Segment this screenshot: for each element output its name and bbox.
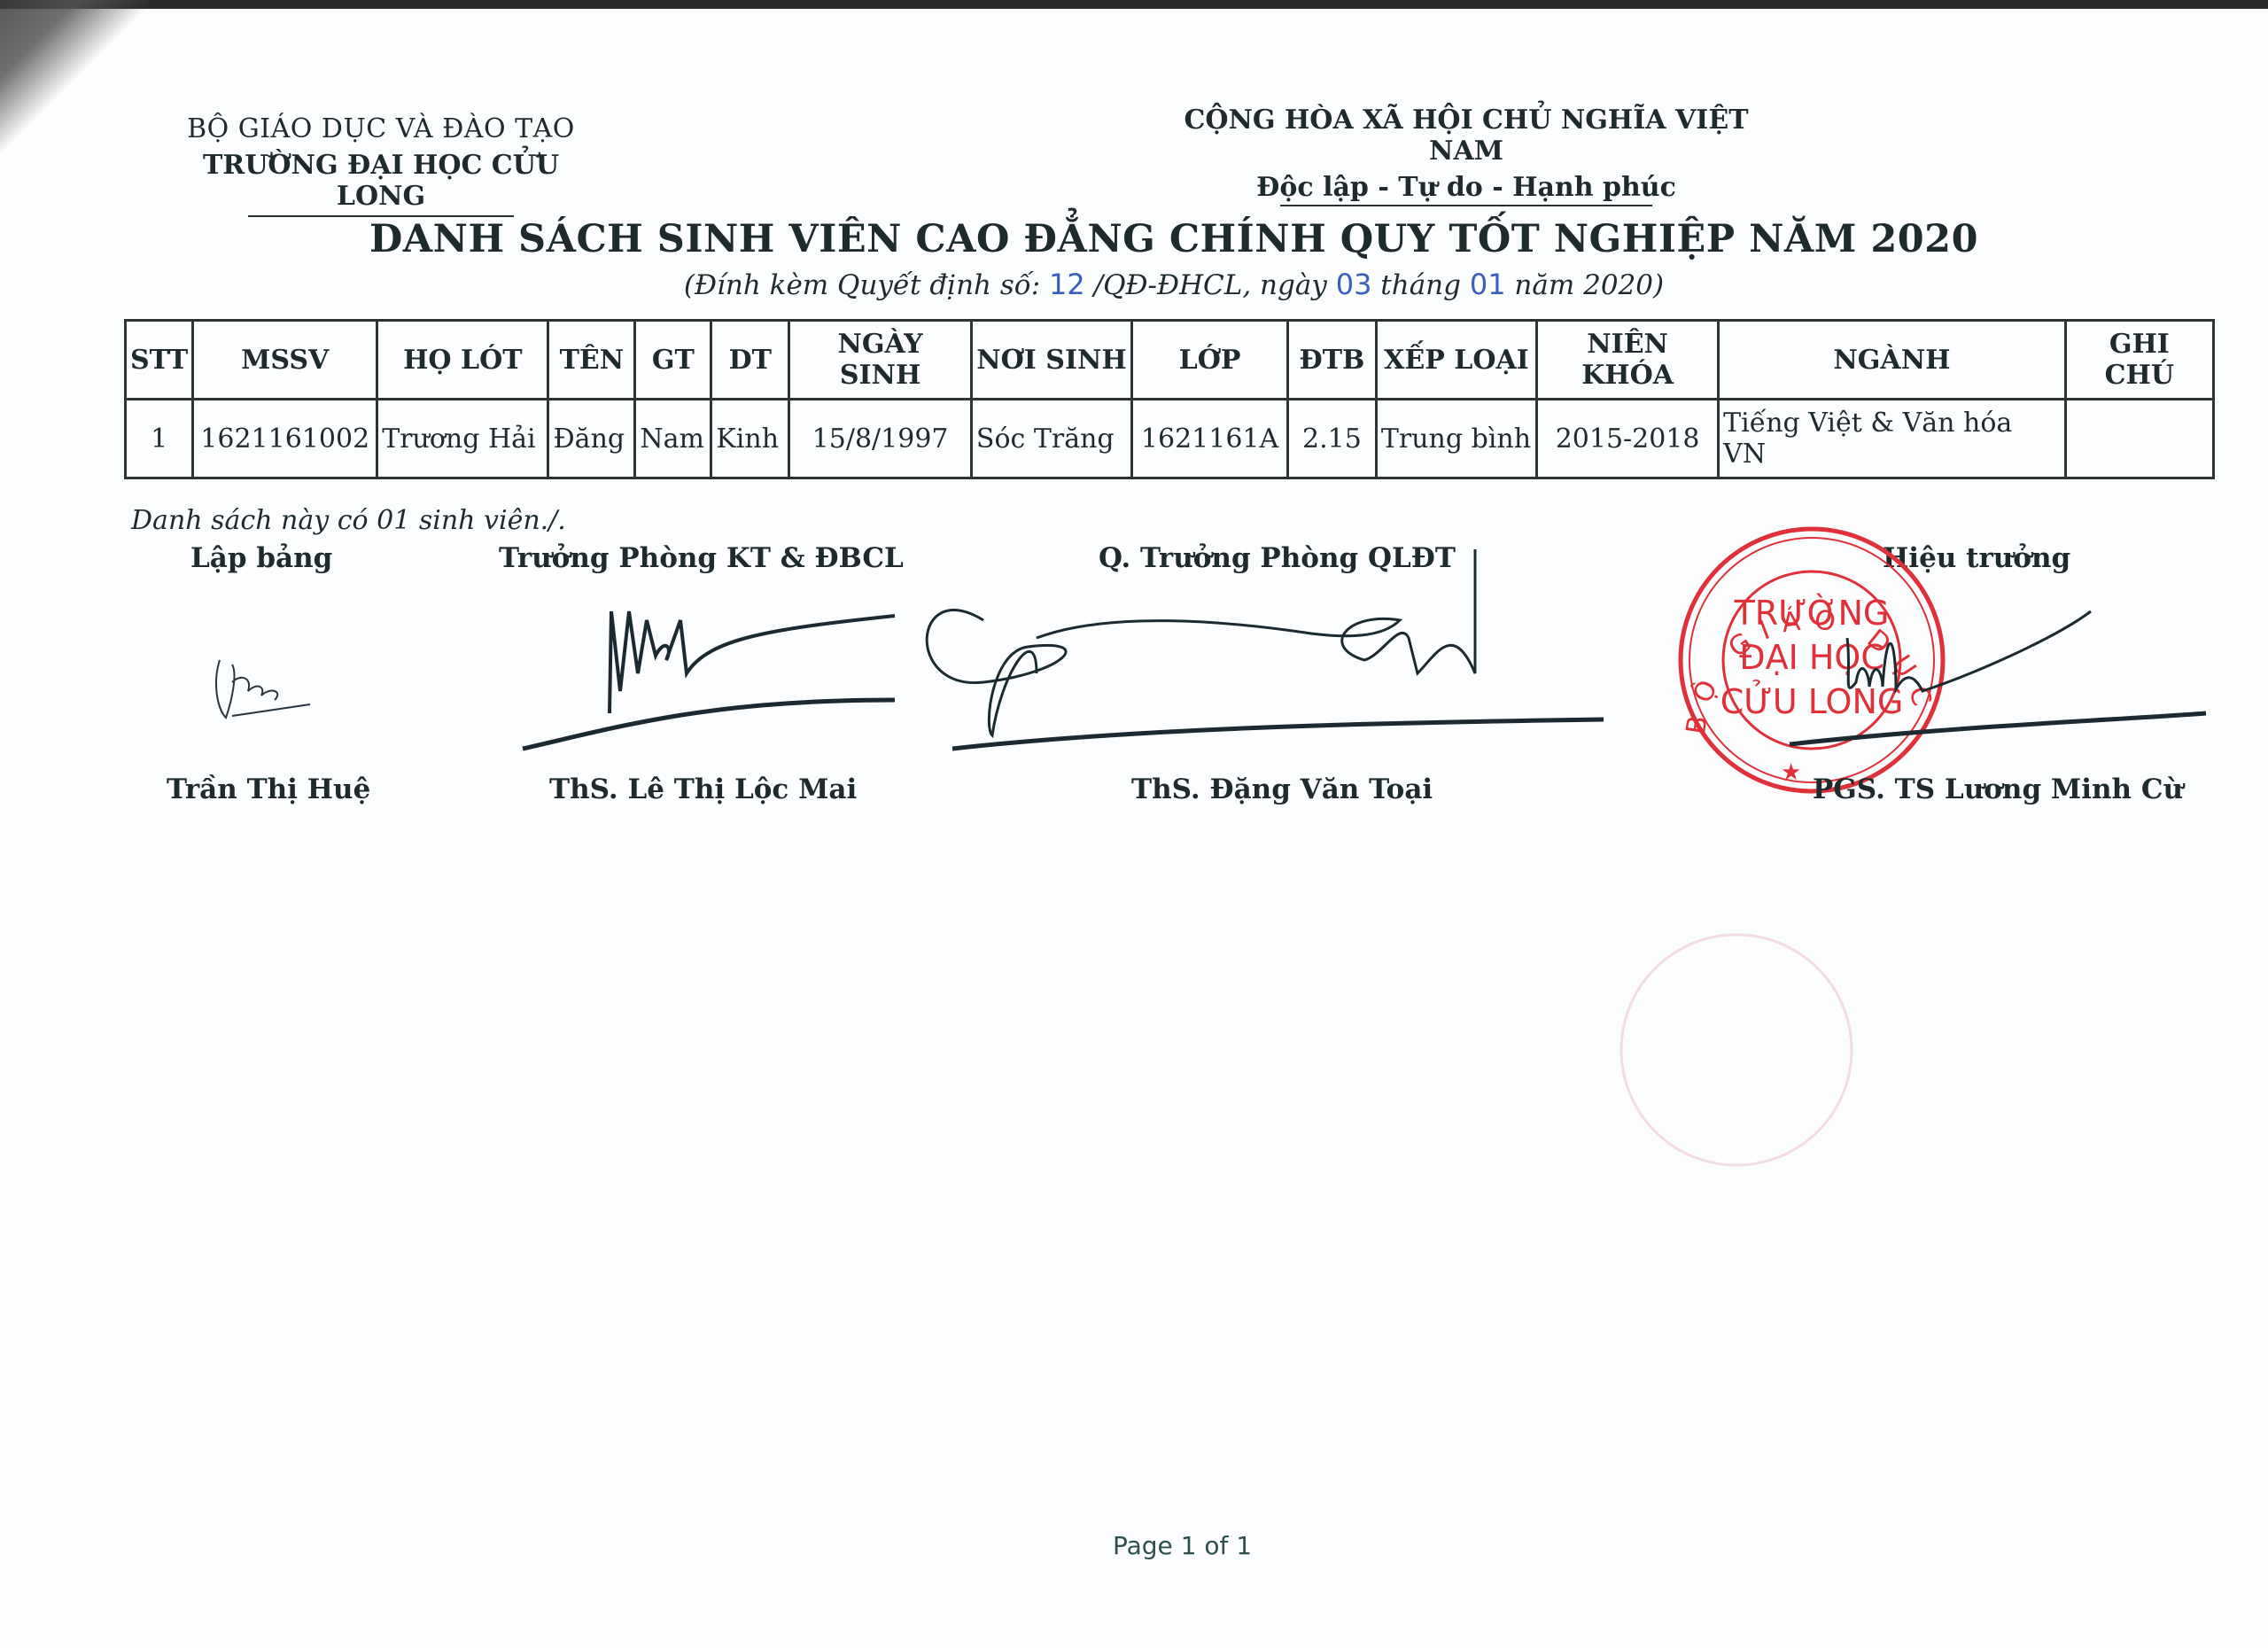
faint-stamp-bleedthrough [1621, 935, 1852, 1165]
page-number: Page 1 of 1 [1113, 1531, 1252, 1560]
signatures-and-stamp: BỘ GIÁO DỤC VÀ ĐÀO TẠO TRƯỜNG ĐẠI HỌC CỬ… [0, 0, 2268, 1648]
signer-name-qa-head: ThS. Lê Thị Lộc Mai [549, 773, 857, 805]
signer-name-academic-head: ThS. Đặng Văn Toại [1131, 773, 1433, 805]
signature-preparer [216, 660, 310, 718]
signer-name-rector: PGS. TS Lương Minh Cừ [1813, 773, 2183, 805]
svg-text:★: ★ [1781, 759, 1801, 786]
svg-text:TRƯỜNG: TRƯỜNG [1734, 594, 1890, 633]
school-seal-stamp: BỘ GIÁO DỤC VÀ ĐÀO TẠO TRƯỜNG ĐẠI HỌC CỬ… [0, 0, 1943, 791]
signature-academic-head [927, 549, 1604, 749]
signer-name-preparer: Trần Thị Huệ [167, 773, 370, 805]
signature-qa-head [523, 611, 895, 749]
svg-text:BỘ GIÁO DỤC VÀ ĐÀO TẠO: BỘ GIÁO DỤC VÀ ĐÀO TẠO [0, 0, 1942, 741]
svg-text:ĐẠI HỌC: ĐẠI HỌC [1739, 638, 1884, 677]
svg-text:CỬU LONG: CỬU LONG [1720, 680, 1904, 721]
